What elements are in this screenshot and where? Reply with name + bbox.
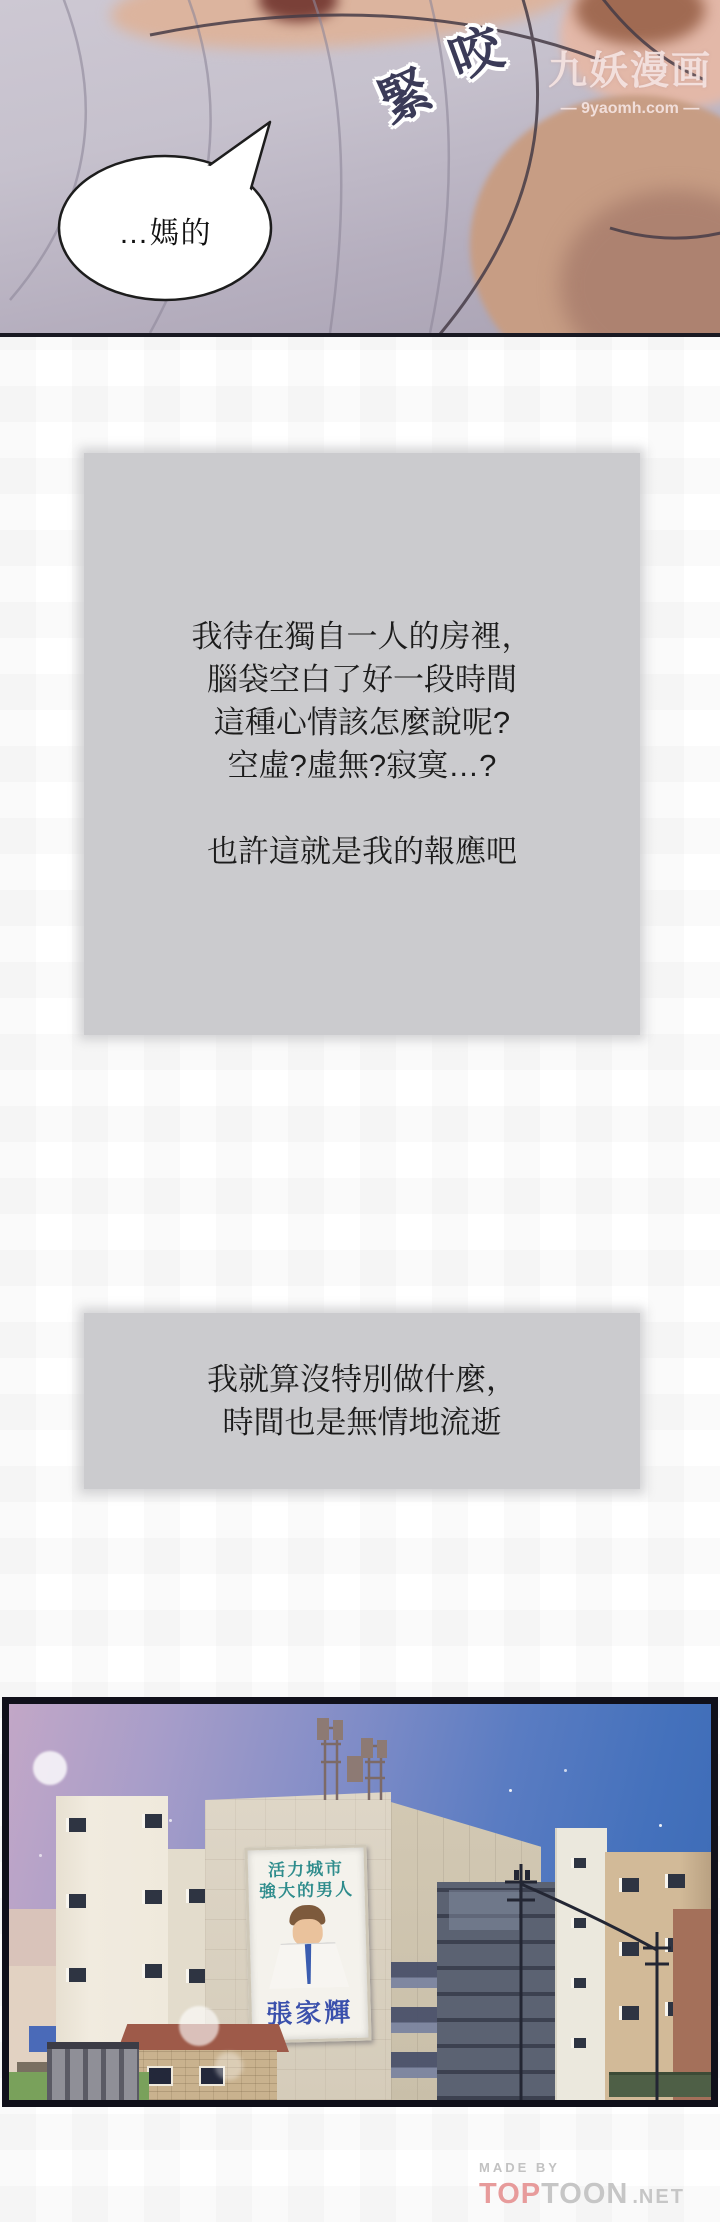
footer-watermark: MADE BY TOP TOON . NET (479, 2160, 699, 2211)
made-by-text: MADE BY (479, 2160, 699, 2175)
comic-page: 緊 咬 九妖漫画 — 9yaomh.com — …媽的 我待在獨自一人的房裡， … (0, 0, 720, 2222)
narration-line: 也許這就是我的報應吧 (207, 830, 517, 873)
narration-box-2: 我就算沒特別做什麼， 時間也是無情地流逝 (84, 1313, 640, 1489)
utility-poles (9, 1704, 711, 2100)
narration-line: 這種心情該怎麼說呢? (214, 701, 510, 744)
narration-line: 我待在獨自一人的房裡， (192, 615, 533, 658)
narration-box-1: 我待在獨自一人的房裡， 腦袋空白了好一段時間 這種心情該怎麼說呢? 空虛?虛無?… (84, 453, 640, 1035)
lens-flare (33, 1751, 67, 1785)
site-watermark: 九妖漫画 — 9yaomh.com — (540, 40, 720, 118)
site-watermark-title: 九妖漫画 (540, 40, 720, 96)
speech-bubble-text: …媽的 (75, 208, 255, 252)
toptoon-logo-toon: TOON (541, 2178, 628, 2211)
city-comic-panel: 活力城市 強大的男人 張家輝 (2, 1697, 718, 2107)
toptoon-logo-net: NET (639, 2186, 685, 2209)
narration-line: 我就算沒特別做什麼， (207, 1358, 517, 1401)
top-comic-panel: 緊 咬 九妖漫画 — 9yaomh.com — …媽的 (0, 0, 720, 337)
site-watermark-url: — 9yaomh.com — (540, 100, 720, 118)
toptoon-logo: TOP TOON . NET (479, 2178, 699, 2211)
narration-line: 時間也是無情地流逝 (223, 1401, 502, 1444)
narration-line: 腦袋空白了好一段時間 (207, 658, 517, 701)
toptoon-logo-top: TOP (479, 2178, 541, 2211)
lens-flare (215, 2052, 243, 2080)
lens-flare (179, 2006, 219, 2046)
narration-line: 空虛?虛無?寂寞…? (228, 744, 497, 787)
city-scene: 活力城市 強大的男人 張家輝 (9, 1704, 711, 2100)
